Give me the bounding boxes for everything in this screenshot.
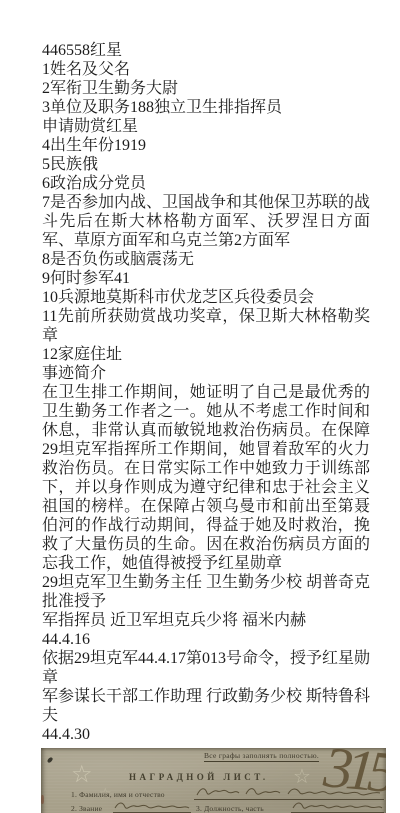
text-line: 在卫生排工作期间，她证明了自己是最优秀的: [42, 383, 370, 402]
text-line: 44.4.30: [42, 725, 370, 744]
handwritten-corner-number: 315: [321, 748, 386, 805]
text-line: 军指挥员 近卫军坦克兵少将 福米内赫: [42, 611, 370, 630]
text-line: 休息，非常认真而敏锐地救治伤病员。在保障: [42, 421, 370, 440]
text-line: 军参谋长干部工作助理 行政勤务少校 斯特鲁科: [42, 687, 370, 706]
text-line: 卫生勤务工作者之一。她从不考虑工作时间和: [42, 402, 370, 421]
text-line: 申请勋赏红星: [42, 117, 370, 136]
scanned-award-sheet: ☆ ☆ ☆ Все графы заполнять полностью. НАГ…: [41, 748, 386, 813]
text-line: 夫: [42, 706, 370, 725]
text-line: 1姓名及父名: [42, 60, 370, 79]
text-line: 伯河的作战行动期间，得益于她及时救治，挽: [42, 516, 370, 535]
text-line: 10兵源地莫斯科市伏龙芝区兵役委员会: [42, 288, 370, 307]
text-line: 救了大量伤员的生命。因在救治伤病员方面的: [42, 535, 370, 554]
text-line: 下，并以身作则成为遵守纪律和忠于社会主义: [42, 478, 370, 497]
ink-speck: [47, 756, 54, 763]
text-line: 4出生年份1919: [42, 136, 370, 155]
text-line: 忘我工作，她值得被授予红星勋章: [42, 554, 370, 573]
text-line: 44.4.16: [42, 630, 370, 649]
translation-page: 446558红星1姓名及父名2军衔卫生勤务大尉3单位及职务188独立卫生排指挥员…: [0, 0, 400, 813]
text-line: 5民族俄: [42, 155, 370, 174]
text-line: 章: [42, 326, 370, 345]
text-line: 依据29坦克军44.4.17第013号命令，授予红星勋: [42, 649, 370, 668]
text-line: 11先前所获勋赏战功奖章，保卫斯大林格勒奖: [42, 307, 370, 326]
text-line: 12家庭住址: [42, 345, 370, 364]
text-line: 祖国的榜样。在保障占领乌曼市和前出至第聂: [42, 497, 370, 516]
star-watermark-icon: ☆: [71, 760, 93, 788]
text-line: 29坦克军卫生勤务主任 卫生勤务少校 胡普奇克: [42, 573, 370, 592]
handwritten-rank-entry: [113, 800, 191, 813]
text-line: 9何时参军41: [42, 269, 370, 288]
scan-field-name-label: 1. Фамилия, имя и отчество: [71, 790, 165, 799]
text-line: 事迹简介: [42, 364, 370, 383]
scan-field-rank-label: 2. Звание: [71, 804, 102, 813]
record-text: 446558红星1姓名及父名2军衔卫生勤务大尉3单位及职务188独立卫生排指挥员…: [42, 41, 370, 744]
scan-instruction-note: Все графы заполнять полностью.: [204, 751, 319, 762]
text-line: 3单位及职务188独立卫生排指挥员: [42, 98, 370, 117]
text-line: 斗先后在斯大林格勒方面军、沃罗涅日方面: [42, 212, 370, 231]
text-line: 救治伤员。在日常实际工作中她致力于训练部: [42, 459, 370, 478]
text-line: 2军衔卫生勤务大尉: [42, 79, 370, 98]
text-line: 29坦克军指挥所工作期间，她冒着敌军的火力: [42, 440, 370, 459]
scan-field-unit-label: 3. Должность, часть: [196, 804, 264, 813]
text-line: 军、草原方面军和乌克兰第2方面军: [42, 231, 370, 250]
text-line: 章: [42, 668, 370, 687]
text-line: 7是否参加内战、卫国战争和其他保卫苏联的战: [42, 193, 370, 212]
text-line: 6政治成分党员: [42, 174, 370, 193]
text-line: 8是否负伤或脑震荡无: [42, 250, 370, 269]
paper-stain: [41, 795, 44, 804]
text-line: 446558红星: [42, 41, 370, 60]
text-line: 批准授予: [42, 592, 370, 611]
scan-title: НАГРАДНОЙ ЛИСТ.: [129, 772, 269, 782]
